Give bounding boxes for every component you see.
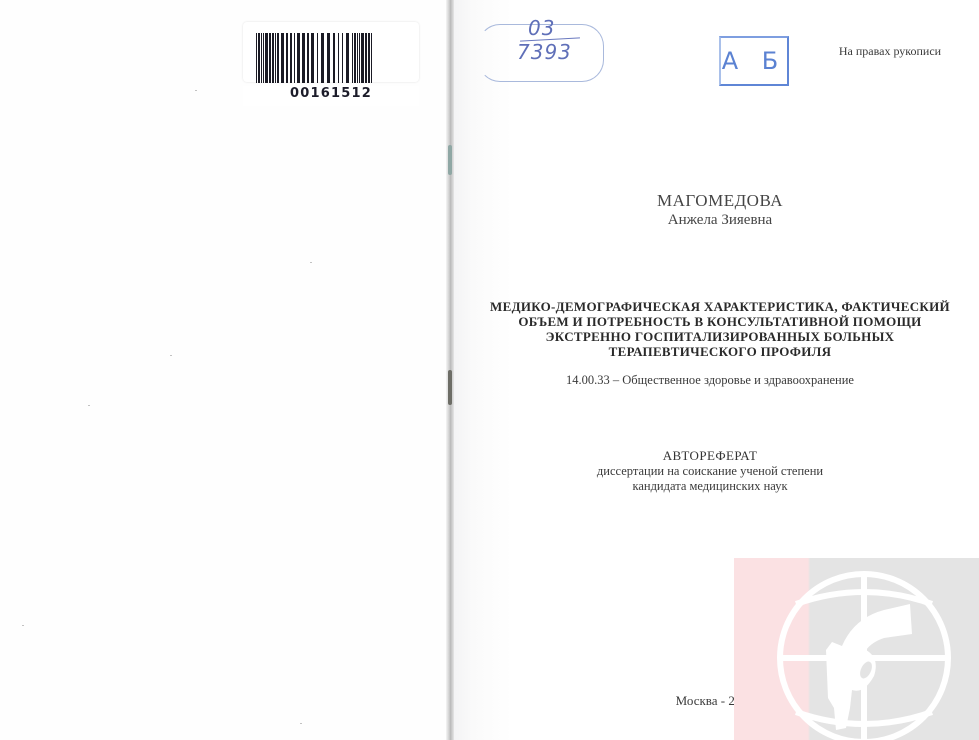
ab-stamp: А Б: [719, 36, 789, 86]
scan-speck: [195, 90, 197, 91]
abstract-heading: АВТОРЕФЕРАТ: [560, 448, 860, 464]
handwritten-code-top: 03: [528, 16, 555, 40]
abstract-line: диссертации на соискание ученой степени: [560, 464, 860, 479]
author-surname: МАГОМЕДОВА: [560, 191, 880, 211]
specialty-code: 14.00.33 – Общественное здоровье и здрав…: [520, 373, 900, 388]
title-line: ЭКСТРЕННО ГОСПИТАЛИЗИРОВАННЫХ БОЛЬНЫХ: [470, 329, 970, 344]
title-line: ТЕРАПЕВТИЧЕСКОГО ПРОФИЛЯ: [470, 344, 970, 359]
scan-speck: [310, 262, 312, 263]
barcode-number: 00161512: [243, 86, 419, 106]
handwritten-code-bottom: 7393: [517, 40, 572, 64]
library-globe-logo-icon: [734, 558, 979, 740]
abstract-subtitle: диссертации на соискание ученой степени …: [560, 464, 860, 494]
scan-speck: [300, 723, 302, 724]
author-given-names: Анжела Зияевна: [560, 212, 880, 229]
title-line: ОБЪЕМ И ПОТРЕБНОСТЬ В КОНСУЛЬТАТИВНОЙ ПО…: [470, 314, 970, 329]
dissertation-title: МЕДИКО-ДЕМОГРАФИЧЕСКАЯ ХАРАКТЕРИСТИКА, Ф…: [470, 299, 970, 359]
spine-stain: [448, 145, 452, 175]
spine-stain: [448, 370, 452, 405]
title-line: МЕДИКО-ДЕМОГРАФИЧЕСКАЯ ХАРАКТЕРИСТИКА, Ф…: [470, 299, 970, 314]
barcode-icon: [256, 33, 404, 83]
left-page: [0, 0, 450, 740]
library-watermark: [734, 558, 979, 740]
scan-speck: [88, 405, 90, 406]
scan-speck: [22, 625, 24, 626]
scan-speck: [170, 355, 172, 356]
abstract-line: кандидата медицинских наук: [560, 479, 860, 494]
barcode-bar: [372, 33, 373, 83]
rights-notice: На правах рукописи: [810, 44, 970, 59]
